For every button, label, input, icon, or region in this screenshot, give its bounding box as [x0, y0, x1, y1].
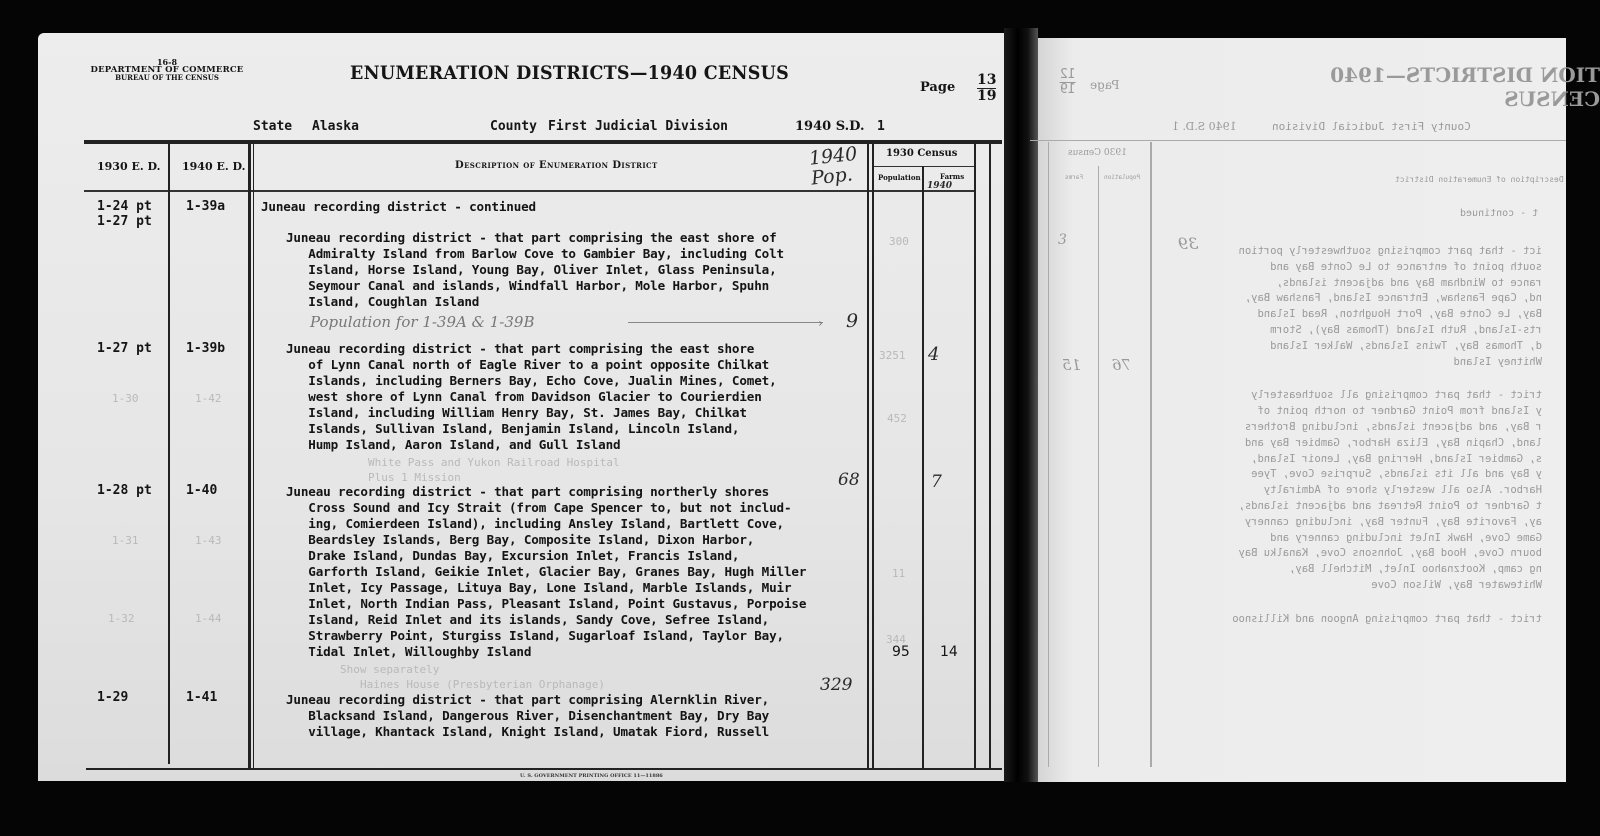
column-divider: [867, 144, 869, 768]
right-column-divider: [1150, 142, 1152, 767]
right-text-line: south point of entrance to Le Conte Bay …: [1162, 260, 1542, 276]
right-page-number: 12: [1060, 68, 1076, 83]
bleed-through-text: Show separately: [340, 663, 439, 676]
right-sd-label: 1940 S.D.: [1183, 120, 1237, 133]
footer-rule: [86, 768, 1002, 770]
census-head-rule: [874, 190, 974, 192]
right-handwritten: 3: [1058, 232, 1067, 248]
right-population-head: Population: [1104, 174, 1140, 181]
right-text-line: Game Cove, Hawk Inlet including cannery …: [1162, 531, 1542, 547]
col-header-population: Population: [878, 173, 921, 182]
right-page-rule: [1030, 140, 1566, 141]
right-text-line: rts-Island, Ruth Island (Thomas Bay), St…: [1162, 323, 1542, 339]
bottom-shadow: [0, 782, 1600, 836]
right-handwritten-pop: 76: [1112, 356, 1131, 374]
right-text-line: bourn Cove, Hood Bay, Johnsons Cove, Kan…: [1162, 546, 1542, 562]
bleed-through-text: 3251: [879, 349, 906, 362]
census-subhead-rule: [874, 166, 974, 167]
handwritten-1940-pop-header: 1940 Pop.: [808, 143, 864, 188]
right-text-line: trict - that part comprising Angoon and …: [1162, 612, 1542, 628]
row-1940-pop: 68: [838, 470, 860, 490]
page-label: Page: [920, 80, 955, 95]
bleed-through-text: 1-31: [112, 534, 139, 547]
right-column-divider: [1098, 166, 1099, 767]
page-number: 13: [977, 73, 996, 89]
right-page-county: County First Judicial Division: [1272, 120, 1471, 133]
column-divider: [168, 144, 170, 764]
column-divider: [248, 144, 251, 768]
right-text-line: Whitewater Bay, Wilson Cove: [1162, 578, 1542, 594]
sd-label: 1940 S.D.: [795, 119, 865, 134]
arrow-head-icon: ›: [818, 316, 823, 330]
column-divider: [872, 144, 874, 768]
row-population-1930: 95: [892, 644, 910, 660]
county-label: County: [490, 119, 537, 134]
right-text-line: Whitney Island: [1162, 355, 1542, 371]
right-text-line: s, Gambier Island, Herring Bay, Lenoir I…: [1162, 452, 1542, 468]
right-column-divider: [1048, 142, 1049, 767]
row-farms: 7: [931, 472, 942, 492]
bleed-through-text: 1-32: [108, 612, 135, 625]
right-page-label: Page: [1090, 78, 1119, 92]
col-header-1940-ed: 1940 E. D.: [182, 160, 245, 173]
right-text-line: y Island from Point Gardner to north poi…: [1162, 404, 1542, 420]
right-page-sd: 1940 S.D. 1: [1172, 120, 1237, 133]
county-value: First Judicial Division: [548, 119, 728, 134]
bleed-through-text: 1-42: [195, 392, 222, 405]
right-text-line: ay, Favorite Bay, Funter Bay, including …: [1162, 515, 1542, 531]
bleed-through-text: 300: [889, 235, 909, 248]
page-total: 19: [977, 88, 996, 104]
row-1940-ed: 1-39b: [186, 341, 225, 356]
right-text-line: t Gardner to Point Retreat and adjacent …: [1162, 499, 1542, 515]
bleed-through-text: 1-44: [195, 612, 222, 625]
row-1940-ed: 1-40: [186, 483, 217, 498]
bureau-name: BUREAU OF THE CENSUS: [82, 74, 252, 82]
row-description: Juneau recording district - that part co…: [286, 692, 769, 740]
state-label: State: [253, 119, 292, 134]
column-divider: [974, 144, 976, 768]
right-page-title: TION DISTRICTS—1940 CENSUS: [1245, 63, 1600, 111]
right-text-line: d, Thomas Bay, Twins Islands, Walker Isl…: [1162, 339, 1542, 355]
right-sd-value: 1: [1172, 120, 1179, 133]
handwritten-arrow: [628, 322, 823, 323]
row-heading: Juneau recording district - continued: [261, 199, 536, 215]
right-handwritten-farms: 15: [1062, 356, 1081, 374]
page-fraction: 13 19: [977, 73, 996, 104]
right-census-head: 1930 Census: [1068, 148, 1127, 158]
right-text-line: ng camp, Kootznahoo Inlet, Mitchell Bay,: [1162, 562, 1542, 578]
row-description: Juneau recording district - that part co…: [286, 230, 784, 310]
sd-value: 1: [877, 119, 885, 134]
bleed-through-text: White Pass and Yukon Railroad Hospital: [368, 456, 620, 469]
row-1930-ed: 1-29: [97, 690, 128, 705]
column-divider: [253, 144, 254, 768]
right-text-line: rance to Windham Bay and adjacent island…: [1162, 276, 1542, 292]
row-farms-bottom: 14: [940, 644, 958, 660]
header-rule: [84, 140, 1002, 144]
right-farms-head: Farms: [1065, 174, 1083, 181]
col-header-farms: Farms: [940, 172, 964, 181]
bleed-through-text: 452: [887, 412, 907, 425]
right-desc-head: Description of Enumeration District: [1395, 175, 1564, 184]
col-header-description: Description of Enumeration District: [455, 160, 658, 171]
page-title: ENUMERATION DISTRICTS—1940 CENSUS: [350, 62, 789, 84]
column-header-rule: [84, 190, 874, 192]
row-1940-ed: 1-41: [186, 690, 217, 705]
right-text-line: ict - that part comprising southwesterly…: [1162, 244, 1542, 260]
printer-imprint: U. S. GOVERNMENT PRINTING OFFICE 11—1188…: [520, 773, 663, 779]
right-text-line: y Bay and all its islands, Surprise Cove…: [1162, 467, 1542, 483]
spacer: [1162, 594, 1542, 612]
row-1930-ed: 1-27 pt: [97, 341, 152, 356]
right-text-line: r Bay, and adjacent islands, including B…: [1162, 420, 1542, 436]
row-1940-pop: 329: [820, 675, 852, 695]
bleed-through-text: 1-30: [112, 392, 139, 405]
right-page-text-block: ict - that part comprising southwesterly…: [1162, 244, 1542, 628]
bleed-through-text: Plus 1 Mission: [368, 471, 461, 484]
row-1940-ed: 1-39a: [186, 199, 225, 214]
row-description: Juneau recording district - that part co…: [286, 341, 777, 453]
handwritten-note: Population for 1-39A & 1-39B: [310, 313, 534, 331]
row-1940-pop: 9: [846, 310, 858, 332]
col-header-1930-ed: 1930 E. D.: [97, 160, 160, 173]
right-text-line: land, Chapin Bay, Eliza Harbor, Gambier …: [1162, 436, 1542, 452]
book-gutter: [1004, 28, 1038, 798]
bleed-through-text: 11: [892, 567, 905, 580]
right-text-line: Bay, Le Conte Bay, Port Houghton, Read I…: [1162, 307, 1542, 323]
right-text-line: trict - that part comprising all southea…: [1162, 388, 1542, 404]
bleed-through-text: 1-43: [195, 534, 222, 547]
column-divider: [989, 144, 991, 768]
bleed-through-text: Haines House (Presbyterian Orphanage): [360, 678, 605, 691]
row-1930-ed: 1-28 pt: [97, 483, 152, 498]
right-continued: t - continued: [1460, 208, 1538, 219]
col-header-1930-census: 1930 Census: [886, 148, 957, 159]
row-1930-ed: 1-24 pt 1-27 pt: [97, 199, 152, 229]
right-text-line: nd, Cape Fanshaw, Entrance Island, Fansh…: [1162, 291, 1542, 307]
department-block: 16-8 DEPARTMENT OF COMMERCE BUREAU OF TH…: [82, 58, 252, 82]
right-page-total: 19: [1060, 82, 1076, 97]
right-page-fraction: 12 19: [1060, 68, 1076, 97]
handwritten-farms-1940: 1940: [927, 181, 952, 191]
spacer: [1162, 370, 1542, 388]
column-divider: [922, 166, 924, 768]
row-description: Juneau recording district - that part co…: [286, 484, 806, 660]
right-text-line: Harbor. Also all westerly shore of Admir…: [1162, 483, 1542, 499]
row-farms: 4: [928, 344, 939, 365]
state-value: Alaska: [312, 119, 359, 134]
